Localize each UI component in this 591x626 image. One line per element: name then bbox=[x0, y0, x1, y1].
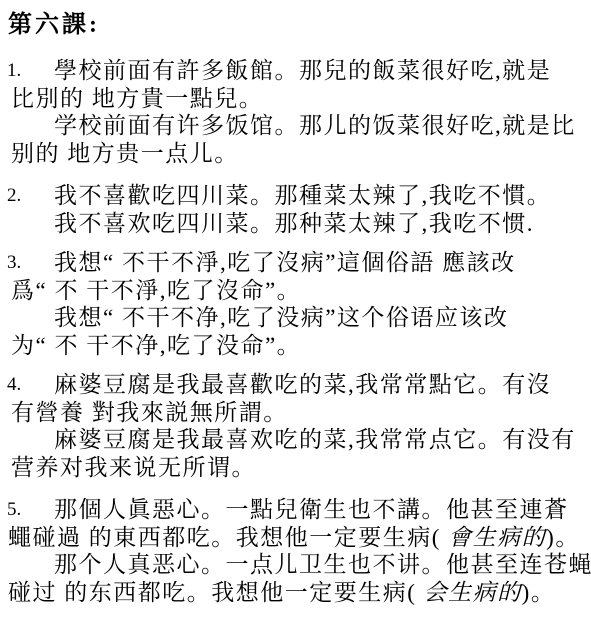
text-segment: 蠅碰過 的東西都吃。我想他一定要生病( bbox=[8, 525, 448, 550]
traditional-text-line: 學校前面有許多飯館。那兒的飯菜很好吃,就是 bbox=[8, 57, 590, 85]
item-number: 3. bbox=[7, 252, 21, 274]
traditional-text-line: 我想“ 不干不淨,吃了沒病”這個俗語 應該改 bbox=[8, 249, 590, 277]
traditional-text-line: 蠅碰過 的東西都吃。我想他一定要生病( 會生病的)。 bbox=[8, 524, 590, 552]
exercise-item-3: 3. 我想“ 不干不淨,吃了沒病”這個俗語 應該改 爲“ 不 干不淨,吃了沒命”… bbox=[8, 249, 590, 359]
traditional-text-line: 比別的 地方貴一點兒。 bbox=[8, 85, 590, 113]
item-number: 5. bbox=[7, 499, 21, 521]
simplified-text-line: 麻婆豆腐是我最喜欢吃的菜,我常常点它。有没有 bbox=[8, 426, 590, 454]
simplified-text-line: 我想“ 不干不净,吃了没病”这个俗语应该改 bbox=[8, 304, 590, 332]
item-number: 4. bbox=[7, 374, 21, 396]
text-segment: )。 bbox=[522, 580, 556, 605]
traditional-text-line: 麻婆豆腐是我最喜歡吃的菜,我常常點它。有沒 bbox=[8, 371, 590, 399]
text-segment: )。 bbox=[546, 525, 580, 550]
simplified-text-line: 营养对我来说无所谓。 bbox=[8, 454, 590, 482]
exercise-item-2: 2. 我不喜歡吃四川菜。那種菜太辣了,我吃不慣。 我不喜欢吃四川菜。那种菜太辣了… bbox=[8, 182, 590, 237]
item-number: 1. bbox=[7, 60, 21, 82]
simplified-text-line: 我不喜欢吃四川菜。那种菜太辣了,我吃不惯. bbox=[8, 210, 590, 238]
simplified-text-line: 别的 地方贵一点儿。 bbox=[8, 140, 590, 168]
traditional-text-line: 我不喜歡吃四川菜。那種菜太辣了,我吃不慣。 bbox=[8, 182, 590, 210]
traditional-text-line: 有營養 對我來説無所謂。 bbox=[8, 399, 590, 427]
document-page: 第六課: 1. 學校前面有許多飯館。那兒的飯菜很好吃,就是 比別的 地方貴一點兒… bbox=[0, 0, 591, 626]
traditional-text-line: 那個人眞惡心。一點兒衛生也不講。他甚至連蒼 bbox=[8, 496, 590, 524]
simplified-text-line: 为“ 不 干不净,吃了没命”。 bbox=[8, 332, 590, 360]
simplified-text-line: 学校前面有许多饭馆。那儿的饭菜很好吃,就是比 bbox=[8, 112, 590, 140]
simplified-text-line: 那个人真恶心。一点儿卫生也不讲。他甚至连苍蝇 bbox=[8, 551, 590, 579]
exercise-item-4: 4. 麻婆豆腐是我最喜歡吃的菜,我常常點它。有沒 有營養 對我來説無所謂。 麻婆… bbox=[8, 371, 590, 481]
text-segment: 碰过 的东西都吃。我想他一定要生病( bbox=[8, 580, 424, 605]
traditional-text-line: 爲“ 不 干不淨,吃了沒命”。 bbox=[8, 277, 590, 305]
simplified-text-line: 碰过 的东西都吃。我想他一定要生病( 会生病的)。 bbox=[8, 579, 590, 607]
italic-text-segment: 会生病的 bbox=[424, 580, 522, 605]
exercise-item-5: 5. 那個人眞惡心。一點兒衛生也不講。他甚至連蒼 蠅碰過 的東西都吃。我想他一定… bbox=[8, 496, 590, 606]
italic-text-segment: 會生病的 bbox=[448, 525, 546, 550]
lesson-title: 第六課: bbox=[8, 4, 100, 39]
item-number: 2. bbox=[7, 185, 21, 207]
exercise-item-1: 1. 學校前面有許多飯館。那兒的飯菜很好吃,就是 比別的 地方貴一點兒。 学校前… bbox=[8, 57, 590, 167]
